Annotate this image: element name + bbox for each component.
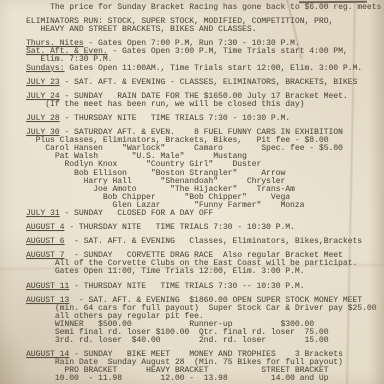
line-text: 10.00 - 11.98 12.00 - 13.98 14.00 and Up — [55, 374, 329, 383]
date-heading: AUGUST 11 — [26, 282, 69, 291]
line-indent — [26, 100, 45, 109]
doc-line: 3rd. rd. loser $40.00 2nd. rd. loser 15.… — [26, 337, 381, 345]
line-text: - THURSDAY NITE TIME TRIALS 7:30 -- 10:3… — [69, 282, 304, 291]
line-indent — [26, 267, 55, 276]
line-indent — [26, 336, 55, 345]
line-text: Gates Open 11:00, Time Trials 12:00, Eli… — [55, 267, 305, 276]
document-page: The price for Sunday Bracket Racing has … — [0, 0, 384, 384]
line-text: - THURSDAY NITE TIME TRIALS 7:30 - 10:30… — [64, 223, 294, 232]
line-text: - SAT. AFT. & EVENING - CLASSES, ELIMINA… — [60, 78, 358, 87]
doc-line: 10.00 - 11.98 12.00 - 13.98 14.00 and Up — [26, 375, 381, 383]
line-indent — [26, 25, 40, 34]
doc-line: HEAVY AND STREET BRACKETS, BIKES AND CLA… — [26, 26, 381, 34]
line-text: 3rd. rd. loser $40.00 2nd. rd. loser 15.… — [55, 336, 329, 345]
date-heading: JULY 23 — [26, 78, 60, 87]
doc-line: JULY 28 - THURSDAY NITE TIME TRIALS 7:30… — [26, 115, 381, 123]
date-heading: AUGUST 6 — [26, 237, 64, 246]
typewritten-schedule-text: The price for Sunday Bracket Racing has … — [0, 0, 381, 384]
doc-line: (If the meet has been run, we will be cl… — [26, 101, 381, 109]
date-heading: AUGUST 4 — [26, 223, 64, 232]
doc-line: Sundays: Gates Open 11:00AM., Time Trial… — [26, 65, 381, 73]
doc-line: Gates Open 11:00, Time Trials 12:00, Eli… — [26, 268, 381, 276]
doc-line: AUGUST 11 - THURSDAY NITE TIME TRIALS 7:… — [26, 283, 381, 291]
line-text: Gates Open 11:00AM., Time Trials start 1… — [64, 64, 362, 73]
line-text: HEAVY AND STREET BRACKETS, BIKES AND CLA… — [40, 25, 256, 34]
doc-line: AUGUST 6 - SAT. AFT. & EVENING Classes, … — [26, 238, 381, 246]
date-heading: JULY 31 — [26, 209, 60, 218]
line-text: (If the meet has been run, we will be cl… — [45, 100, 304, 109]
doc-line: The price for Sunday Bracket Racing has … — [26, 4, 381, 12]
doc-line: JULY 23 - SAT. AFT. & EVENING - CLASSES,… — [26, 79, 381, 87]
line-text: - SAT. AFT. & EVENING Classes, Eliminato… — [64, 237, 362, 246]
line-indent — [26, 3, 50, 12]
date-heading: Sundays: — [26, 64, 64, 73]
line-text: The price for Sunday Bracket Racing has … — [50, 3, 381, 12]
line-indent — [26, 374, 55, 383]
line-text: - Gates Open 3:00 P.M, Time Trials start… — [108, 47, 348, 56]
line-text: - SUNDAY CLOSED FOR A DAY OFF — [60, 209, 214, 218]
line-text: - THURSDAY NITE TIME TRIALS 7:30 - 10:30… — [60, 114, 290, 123]
date-heading: JULY 28 — [26, 114, 60, 123]
doc-line: JULY 31 - SUNDAY CLOSED FOR A DAY OFF — [26, 210, 381, 218]
doc-line: AUGUST 4 - THURSDAY NITE TIME TRIALS 7:3… — [26, 224, 381, 232]
